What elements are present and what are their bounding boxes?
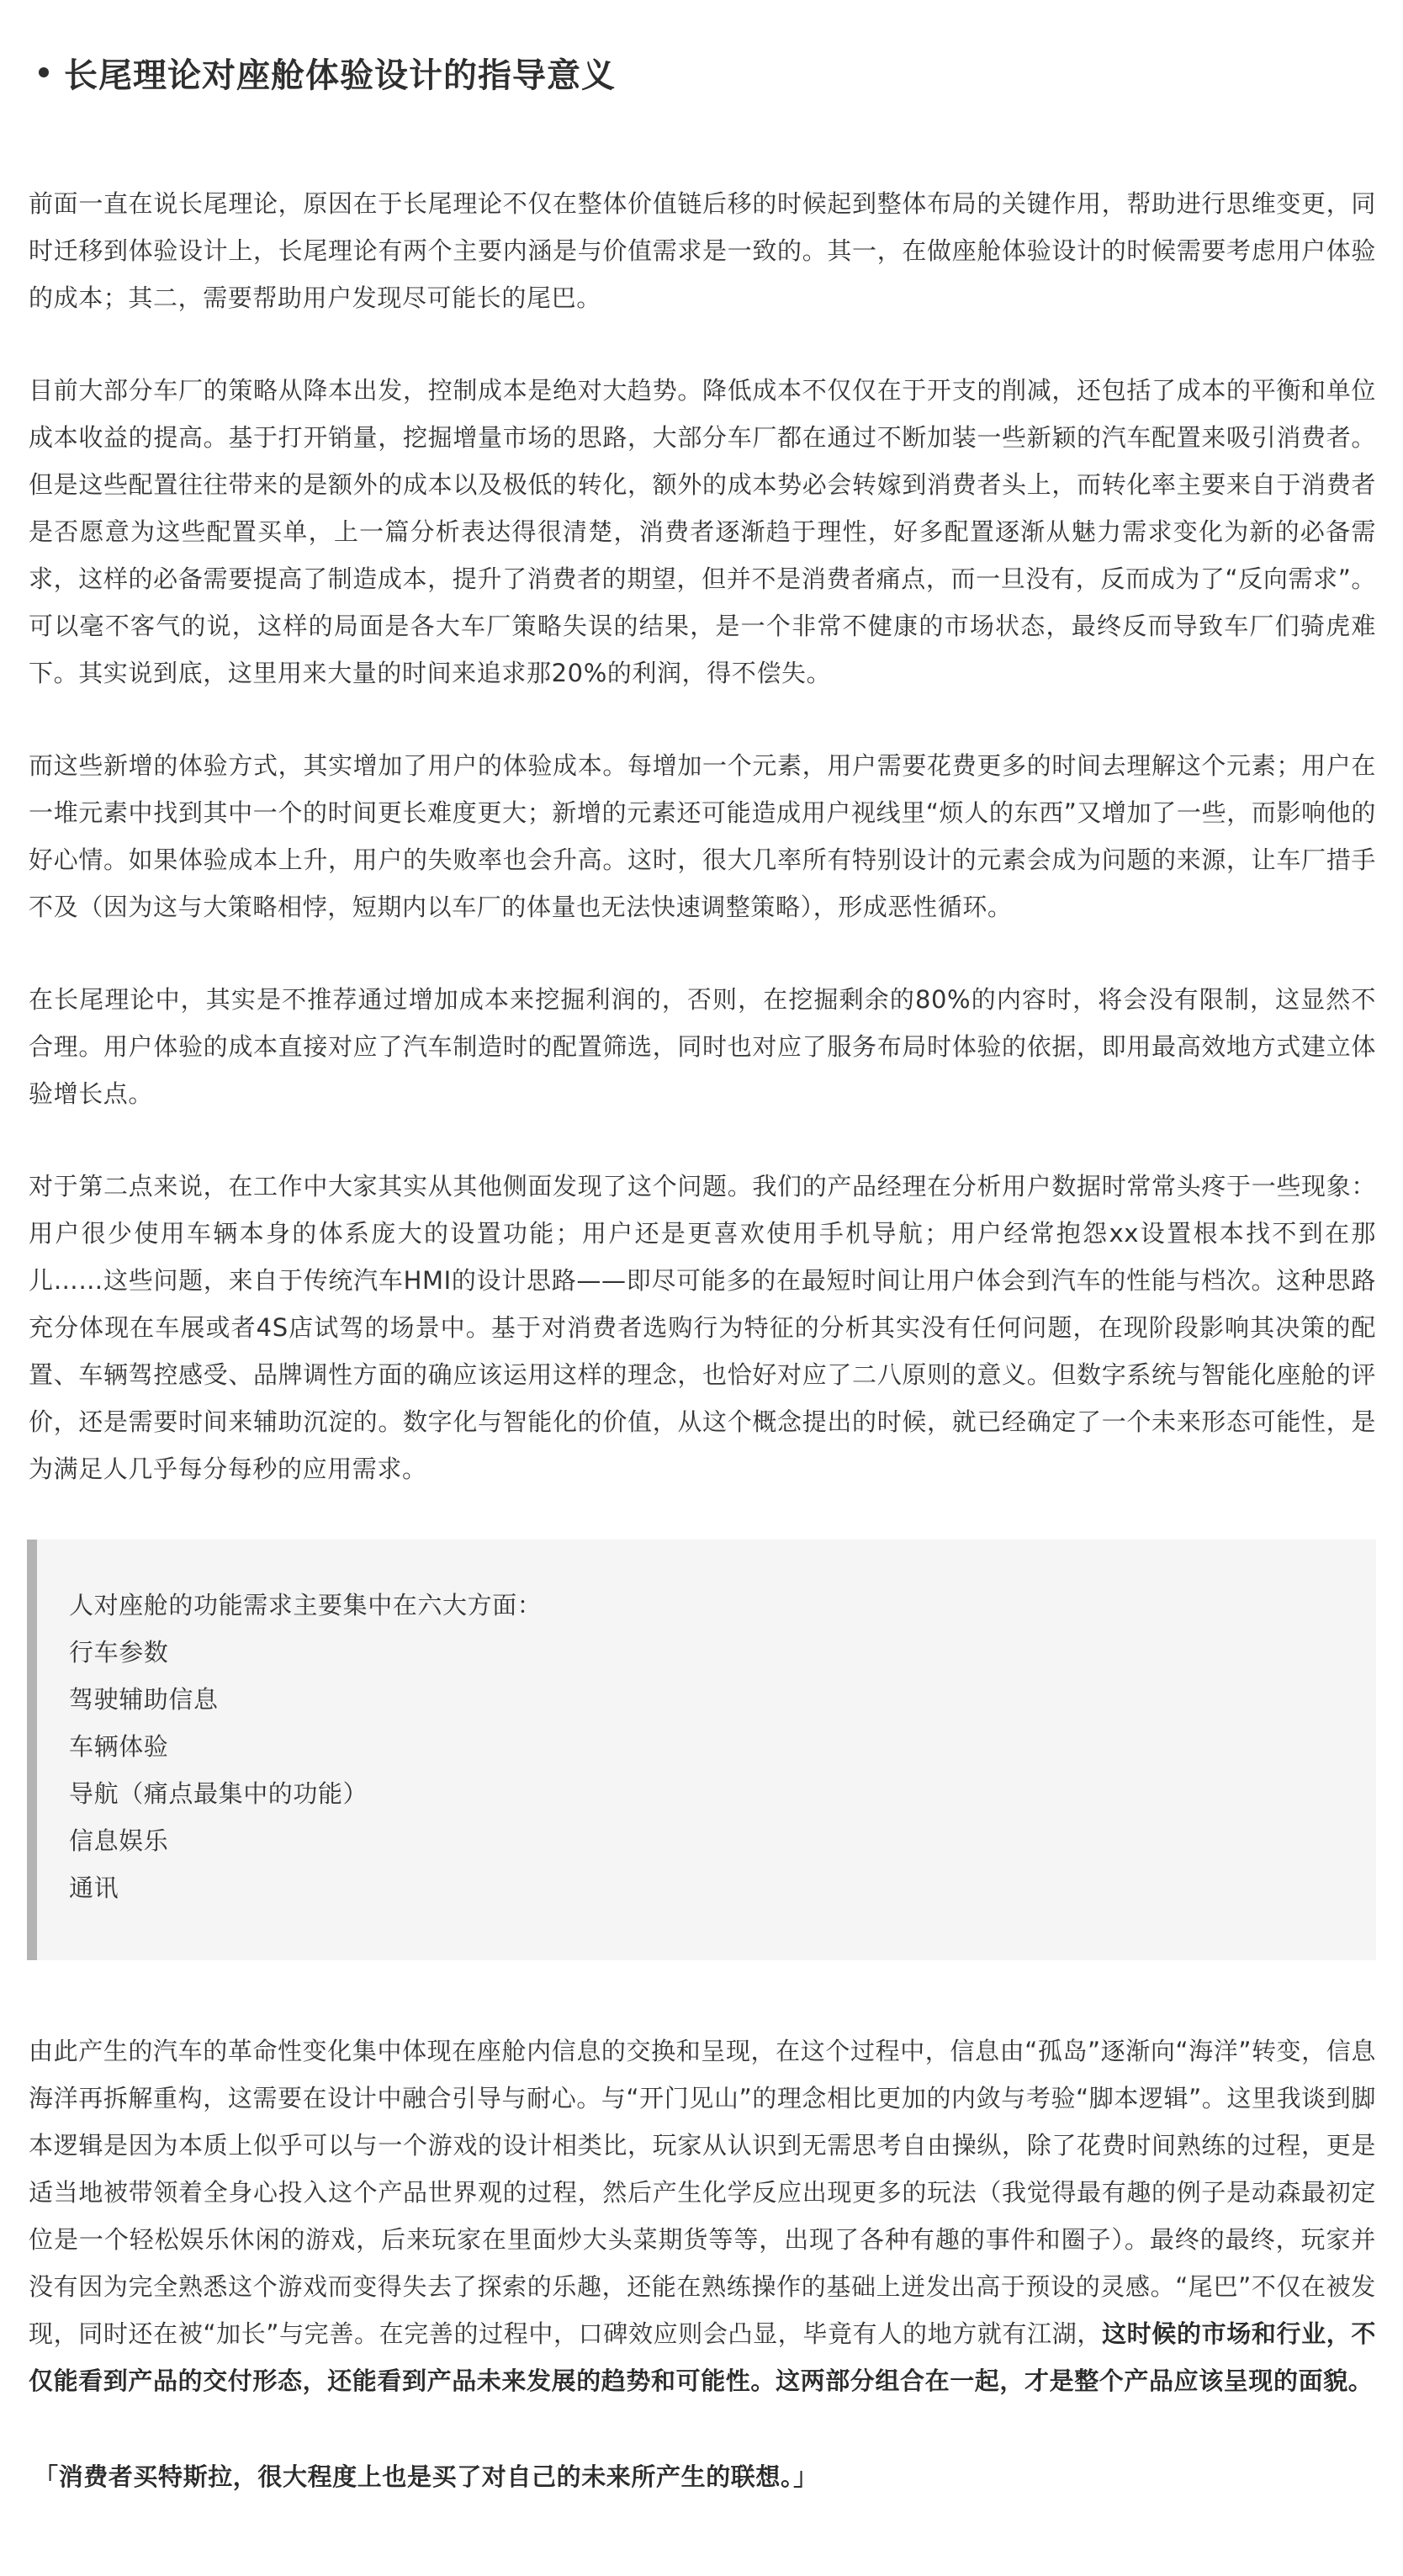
final-pull-quote: 「消费者买特斯拉，很大程度上也是买了对自己的未来所产生的联想。」 xyxy=(29,2453,1376,2500)
paragraph-second-point: 对于第二点来说，在工作中大家其实从其他侧面发现了这个问题。我们的产品经理在分析用… xyxy=(29,1163,1376,1492)
paragraph-long-tail: 在长尾理论中，其实是不推荐通过增加成本来挖掘利润的，否则，在挖掘剩余的80%的内… xyxy=(29,976,1376,1117)
blockquote-intro: 人对座舱的功能需求主要集中在六大方面： xyxy=(69,1582,1342,1629)
paragraph-experience-cost: 而这些新增的体验方式，其实增加了用户的体验成本。每增加一个元素，用户需要花费更多… xyxy=(29,742,1376,930)
blockquote-cabin-needs: 人对座舱的功能需求主要集中在六大方面： 行车参数 驾驶辅助信息 车辆体验 导航（… xyxy=(27,1540,1376,1960)
blockquote-item: 导航（痛点最集中的功能） xyxy=(69,1770,1342,1817)
section-heading: 长尾理论对座舱体验设计的指导意义 xyxy=(29,47,1376,98)
section-heading-text: 长尾理论对座舱体验设计的指导意义 xyxy=(64,49,616,97)
blockquote-item: 通讯 xyxy=(69,1864,1342,1911)
paragraph-intro: 前面一直在说长尾理论，原因在于长尾理论不仅在整体价值链后移的时候起到整体布局的关… xyxy=(29,180,1376,321)
blockquote-item: 驾驶辅助信息 xyxy=(69,1676,1342,1723)
bullet-dot-icon xyxy=(39,67,49,77)
article: 长尾理论对座舱体验设计的指导意义 前面一直在说长尾理论，原因在于长尾理论不仅在整… xyxy=(0,47,1403,2500)
closing-normal-text: 由此产生的汽车的革命性变化集中体现在座舱内信息的交换和呈现，在这个过程中，信息由… xyxy=(29,2037,1376,2348)
blockquote-item: 车辆体验 xyxy=(69,1723,1342,1770)
blockquote-item: 信息娱乐 xyxy=(69,1817,1342,1864)
blockquote-item: 行车参数 xyxy=(69,1629,1342,1676)
paragraph-closing: 由此产生的汽车的革命性变化集中体现在座舱内信息的交换和呈现，在这个过程中，信息由… xyxy=(29,2027,1376,2404)
paragraph-cost-strategy: 目前大部分车厂的策略从降本出发，控制成本是绝对大趋势。降低成本不仅仅在于开支的削… xyxy=(29,367,1376,697)
